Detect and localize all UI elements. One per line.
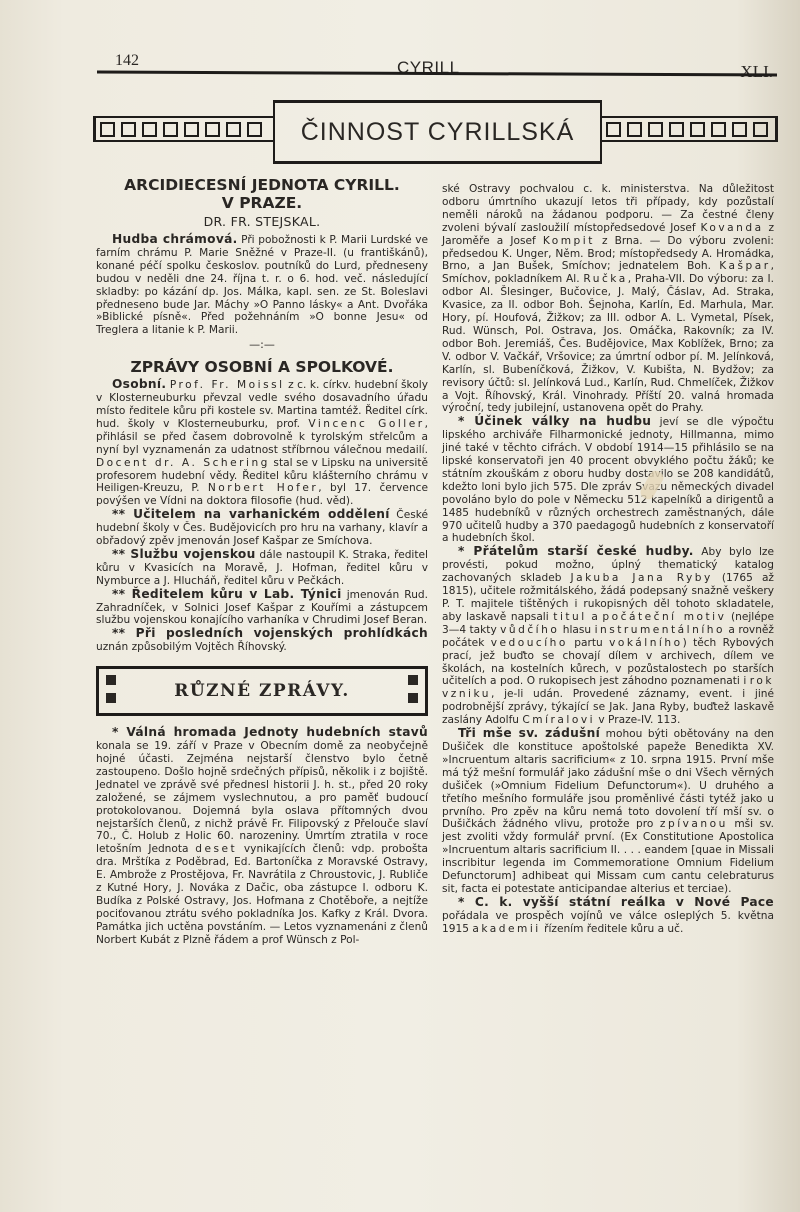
right-column: ské Ostravy pochvalou c. k. ministerstva…	[442, 183, 774, 936]
left-column: ARCIDIECESNÍ JEDNOTA CYRILL. V PRAZE. DR…	[96, 170, 428, 947]
article-reditelem-kuru: ** Ředitelem kůru v Lab. Týnici jmenován…	[96, 588, 428, 628]
journal-page: 142 CYRILL XLI. ČINNOST CYRILLSKÁ ARCIDI…	[0, 0, 800, 1212]
volume-number: XLI.	[740, 62, 773, 82]
author-line: DR. FR. STEJSKAL.	[96, 214, 428, 229]
article-osobni: Osobní. Prof. Fr. Moissl z c. k. církv. …	[96, 378, 428, 508]
separator: —:—	[96, 339, 428, 352]
ornament-square	[408, 693, 418, 703]
article-sluzbu-vojenskou: ** Službu vojenskou dále nastoupil K. St…	[96, 548, 428, 588]
article-hudba-chramova: Hudba chrámová. Při pobožnosti k P. Mari…	[96, 233, 428, 337]
article-ucinek-valky: * Účinek války na hudbu jeví se dle výpo…	[442, 415, 774, 545]
article-ucitelem: ** Učitelem na varhanickém oddělení Česk…	[96, 508, 428, 548]
ornament-square	[106, 675, 116, 685]
section-heading-zpravy: ZPRÁVY OSOBNÍ A SPOLKOVÉ.	[96, 358, 428, 376]
section-heading-ruzne: RŮZNÉ ZPRÁVY.	[96, 666, 428, 716]
banner-title: ČINNOST CYRILLSKÁ	[273, 100, 602, 164]
ornament-square	[408, 675, 418, 685]
ornament-strip-left	[93, 116, 274, 142]
article-tri-mse: Tři mše sv. zádušní mohou býti obětovány…	[442, 727, 774, 896]
page-number: 142	[115, 52, 139, 70]
ornament-square	[106, 693, 116, 703]
article-prohlidky: ** Při posledních vojenských prohlídkách…	[96, 627, 428, 654]
ornament-strip-right	[602, 116, 778, 142]
article-valna-hromada: * Válná hromada Jednoty hudebních stavů …	[96, 726, 428, 946]
section-heading-arcidiecesni: ARCIDIECESNÍ JEDNOTA CYRILL. V PRAZE.	[96, 176, 428, 212]
article-pratelum-hudby: * Přátelům starší české hudby. Aby bylo …	[442, 545, 774, 727]
article-realka-nova-paka: * C. k. vyšší státní reálka v Nové Pace …	[442, 896, 774, 936]
section-banner: ČINNOST CYRILLSKÁ	[93, 100, 778, 162]
article-valna-hromada-continued: ské Ostravy pochvalou c. k. ministerstva…	[442, 183, 774, 415]
